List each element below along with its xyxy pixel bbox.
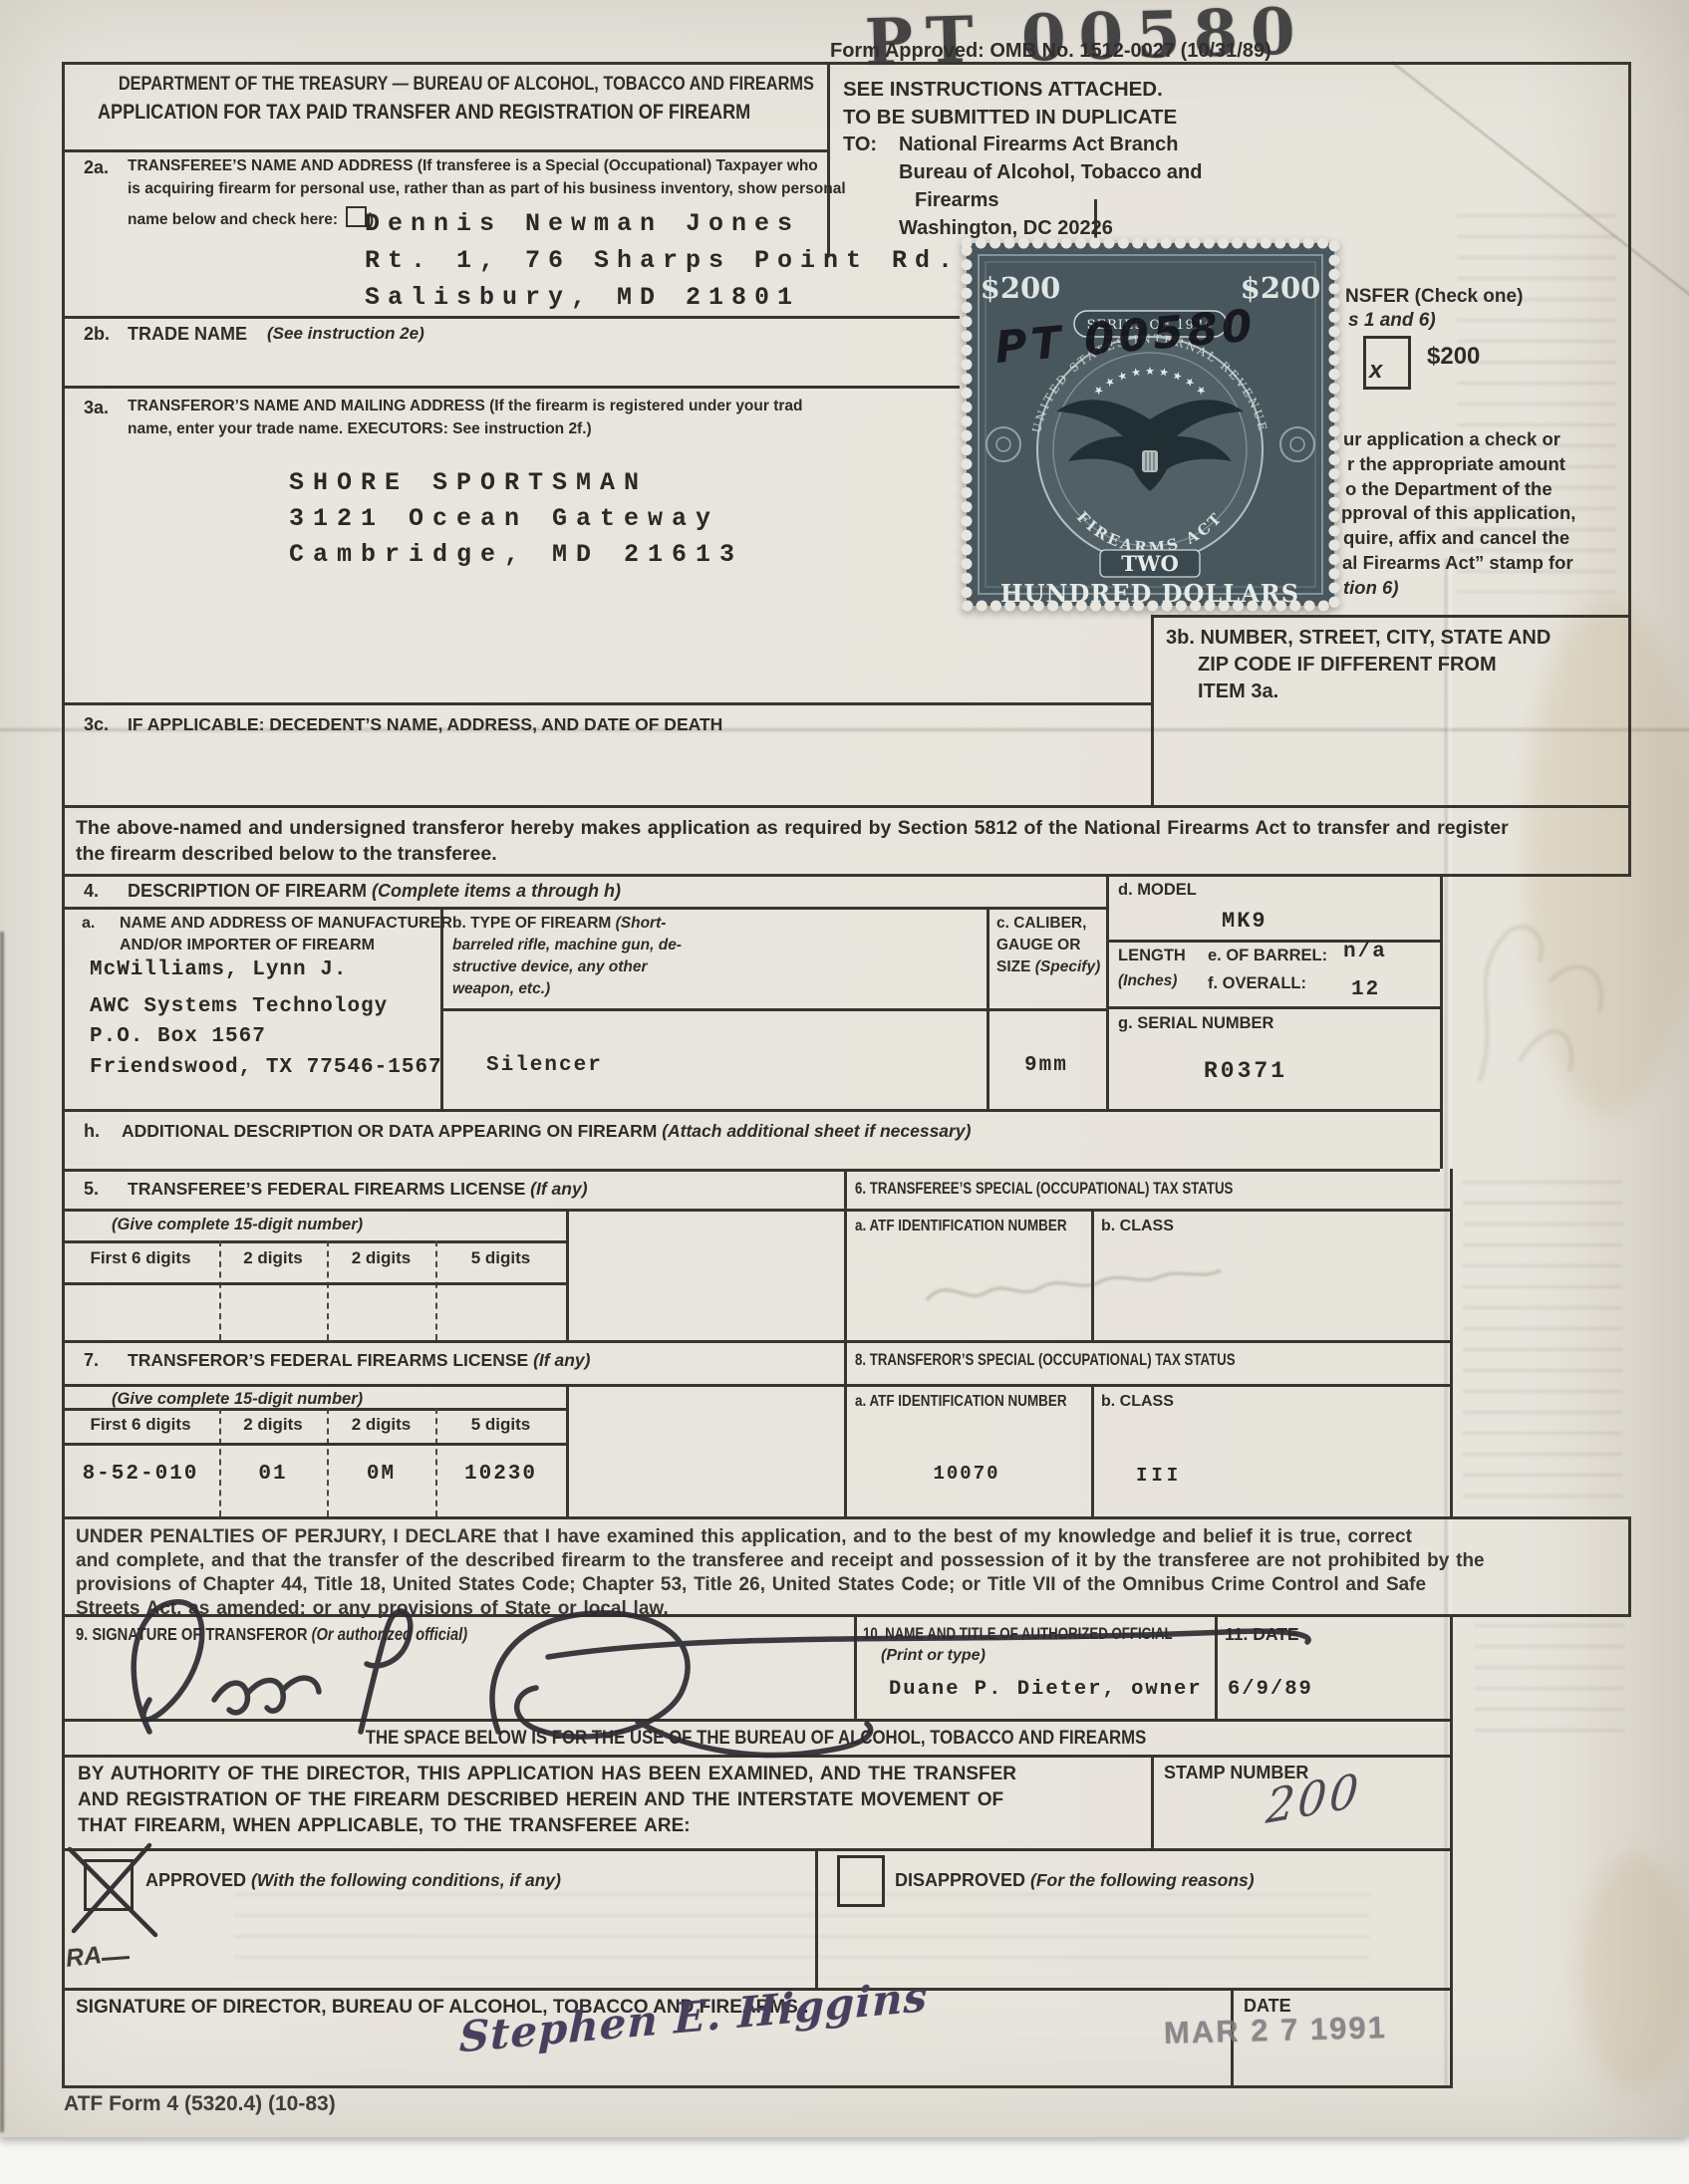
model-value: MK9 [1222, 909, 1267, 934]
disapproved-checkbox [837, 1855, 885, 1907]
item-4c-label: c. CALIBER, [996, 915, 1086, 933]
margin-mark-dash [102, 1956, 130, 1961]
form-id-footer: ATF Form 4 (5320.4) (10-83) [64, 2092, 336, 2117]
length-inches-label: (Inches) [1118, 972, 1177, 990]
item-5-sublabel: (Give complete 15-digit number) [112, 1216, 363, 1234]
caliber-value: 9mm [1024, 1054, 1068, 1077]
license-col-header: First 6 digits [62, 1248, 219, 1268]
bleedthrough-handwriting-ghost [922, 1260, 1241, 1330]
bleedthrough-ghost [1475, 1624, 1624, 1734]
disapproved-label: DISAPPROVED (For the following reasons) [895, 1870, 1255, 1891]
received-date-stamp: MAR 2 7 1991 [1164, 2010, 1388, 2051]
rule [62, 805, 1631, 808]
stamp-denomination-left: $200 [981, 271, 1061, 305]
item-3c-label: IF APPLICABLE: DECEDENT’S NAME, ADDRESS,… [128, 714, 722, 735]
nfa-200-dollar-tax-stamp: $200 $200 SERIES OF 1934 UNITED STATES I… [959, 235, 1343, 616]
instructions-addr1: National Firearms Act Branch [899, 134, 1178, 157]
item-2a-number: 2a. [84, 157, 109, 178]
rule [62, 1340, 1450, 1343]
item-3b-label: ITEM 3a. [1198, 681, 1278, 704]
rule [62, 1443, 566, 1446]
authority-text: AND REGISTRATION OF THE FIREARM DESCRIBE… [78, 1789, 1003, 1811]
transferor-address: 3121 Ocean Gateway [289, 504, 719, 533]
payment-note-fragment: o the Department of the [1345, 478, 1552, 500]
item-7-sublabel: (Give complete 15-digit number) [112, 1390, 363, 1409]
item-3c-number: 3c. [84, 714, 109, 735]
overall-length-value: 12 [1351, 978, 1380, 1001]
bleedthrough-handwriting-ghost [1460, 902, 1624, 1101]
item-2a-label: is acquiring firearm for personal use, r… [128, 180, 846, 198]
scan-edge-left [0, 932, 4, 2132]
item-4g-label: g. SERIAL NUMBER [1118, 1014, 1273, 1033]
rule [1106, 874, 1109, 1109]
transfer-fee-amount: $200 [1427, 343, 1480, 371]
transferee-city-state-zip: Salisbury, MD 21801 [365, 283, 800, 312]
rule [62, 1848, 1450, 1851]
rule [62, 1209, 1450, 1212]
approved-x-mark [58, 1835, 173, 1947]
class-value: III [1136, 1465, 1182, 1487]
rule [62, 386, 960, 389]
scanned-atf-form-4: Form Approved: OMB No. 1512-0027 (10/31/… [0, 0, 1689, 2184]
rule [62, 1109, 1440, 1112]
rule [1628, 62, 1631, 874]
personal-use-checkbox [346, 206, 367, 227]
rule [815, 1848, 818, 1988]
stamp-dollars-text: HUNDRED DOLLARS [1000, 579, 1299, 608]
rule [62, 1240, 566, 1243]
ffl-first6: 8-52-010 [62, 1463, 219, 1486]
declaration-text: the firearm described below to the trans… [76, 843, 497, 866]
bleedthrough-ghost [234, 1893, 1370, 1978]
firearm-type-value: Silencer [486, 1054, 603, 1077]
rule [62, 702, 1151, 705]
transferor-signature [80, 1582, 1355, 1776]
atf-id-value: 10070 [867, 1463, 1066, 1485]
instructions-addr2: Bureau of Alcohol, Tobacco and [899, 161, 1202, 185]
payment-note-fragment: r the appropriate amount [1347, 453, 1565, 475]
item-4b-label: b. TYPE OF FIREARM (Short- [452, 915, 666, 933]
rule [1450, 1614, 1453, 2085]
control-number-stamp: PT 00580 [864, 0, 1309, 81]
license-col-header: First 6 digits [62, 1415, 219, 1435]
item-2b-label-note: (See instruction 2e) [267, 324, 424, 344]
item-4c-label: GAUGE OR [996, 937, 1080, 955]
ffl-2digits-1: 01 [219, 1463, 327, 1486]
item-4c-label: SIZE (Specify) [996, 958, 1100, 976]
item-5-label: TRANSFEREE’S FEDERAL FIREARMS LICENSE (I… [128, 1179, 588, 1200]
item-4a-label: AND/OR IMPORTER OF FIREARM [120, 937, 375, 955]
length-label: LENGTH [1118, 947, 1186, 965]
rule [62, 874, 1631, 877]
item-8a-label: a. ATF IDENTIFICATION NUMBER [855, 1393, 1107, 1412]
rule [62, 62, 1631, 65]
item-4d-label: d. MODEL [1118, 881, 1197, 900]
item-4h-label: ADDITIONAL DESCRIPTION OR DATA APPEARING… [122, 1121, 971, 1142]
item-8b-label: b. CLASS [1101, 1393, 1174, 1412]
rule [62, 907, 1106, 910]
barrel-length-value: n/a [1343, 941, 1387, 963]
rule [62, 2085, 1453, 2088]
ffl-5digits: 10230 [435, 1463, 566, 1486]
item-4h-number: h. [84, 1121, 100, 1142]
license-col-header: 2 digits [327, 1248, 435, 1268]
rule [1106, 1006, 1440, 1009]
perjury-text: UNDER PENALTIES OF PERJURY, I DECLARE th… [76, 1526, 1412, 1548]
stamp-two-text: TWO [1121, 551, 1179, 576]
rule [1106, 940, 1440, 943]
item-3b-label: 3b. NUMBER, STREET, CITY, STATE AND [1166, 627, 1550, 651]
item-4e-label: e. OF BARREL: [1208, 947, 1327, 965]
rule [1628, 1516, 1631, 1614]
rule [62, 1384, 1450, 1387]
license-col-header: 5 digits [435, 1415, 566, 1435]
item-6b-label: b. CLASS [1101, 1218, 1174, 1236]
item-3a-label: TRANSFEROR’S NAME AND MAILING ADDRESS (I… [128, 398, 803, 415]
instructions-to-label: TO: [843, 134, 877, 157]
rule [62, 316, 960, 319]
item-3a-label: name, enter your trade name. EXECUTORS: … [128, 420, 592, 438]
item-4b-label: weapon, etc.) [452, 980, 550, 998]
instructions-addr3: Firearms [915, 189, 999, 213]
manufacturer-company: AWC Systems Technology [90, 995, 388, 1018]
payment-note-fragment: pproval of this application, [1341, 502, 1575, 524]
director-signature: Stephen E. Higgins [458, 1972, 928, 2062]
rule [440, 1008, 1106, 1011]
instructions-line1: SEE INSTRUCTIONS ATTACHED. [843, 78, 1163, 102]
license-col-header: 2 digits [327, 1415, 435, 1435]
item-4f-label: f. OVERALL: [1208, 974, 1306, 993]
serial-number-value: R0371 [1204, 1058, 1287, 1084]
item-4a-label: NAME AND ADDRESS OF MANUFACTURER [120, 915, 452, 934]
stain-bottom-right [1582, 1853, 1689, 2092]
item-2b-label: TRADE NAME [128, 324, 247, 345]
ffl-2digits-2: 0M [327, 1463, 435, 1486]
item-4-number: 4. [84, 881, 99, 902]
item-7-label: TRANSFEROR’S FEDERAL FIREARMS LICENSE (I… [128, 1350, 590, 1371]
rule [62, 1282, 566, 1285]
license-col-header: 2 digits [219, 1415, 327, 1435]
perjury-text: and complete, and that the transfer of t… [76, 1550, 1485, 1572]
approved-label: APPROVED (With the following conditions,… [145, 1870, 561, 1891]
rule [62, 1516, 1631, 1519]
form-title: APPLICATION FOR TAX PAID TRANSFER AND RE… [98, 100, 875, 125]
transferee-address: Rt. 1, 76 Sharps Point Rd. [365, 246, 961, 275]
paper-sheet: Form Approved: OMB No. 1512-0027 (10/31/… [0, 0, 1689, 2137]
item-4b-label: structive device, any other [452, 958, 648, 976]
item-2b-number: 2b. [84, 324, 110, 345]
item-2a-label: name below and check here:) [128, 203, 374, 229]
item-4b-label: barreled rifle, machine gun, de- [452, 937, 682, 955]
rule [62, 62, 65, 2085]
item-6a-label: a. ATF IDENTIFICATION NUMBER [855, 1218, 1107, 1236]
payment-note-fragment: al Firearms Act” stamp for [1342, 552, 1573, 574]
item-8-label: 8. TRANSFEROR’S SPECIAL (OCCUPATIONAL) T… [855, 1350, 1342, 1370]
rule [62, 1169, 1440, 1172]
license-col-header: 2 digits [219, 1248, 327, 1268]
payment-note-fragment: ur application a check or [1343, 428, 1560, 450]
transferee-name: Dennis Newman Jones [365, 209, 800, 238]
transferor-city-state-zip: Cambridge, MD 21613 [289, 540, 743, 569]
payment-note-fragment: tion 6) [1343, 577, 1399, 599]
item-7-number: 7. [84, 1350, 99, 1371]
transfer-fee-checkbox-mark: x [1369, 357, 1382, 385]
item-4-label: DESCRIPTION OF FIREARM (Complete items a… [128, 881, 621, 902]
item-2a-label: TRANSFEREE’S NAME AND ADDRESS (If transf… [128, 157, 818, 175]
rule [62, 149, 830, 152]
item-3b-label: ZIP CODE IF DIFFERENT FROM [1198, 654, 1497, 678]
license-col-header: 5 digits [435, 1248, 566, 1268]
type-of-transfer-label-fragment2: s 1 and 6) [1348, 310, 1436, 332]
item-3a-number: 3a. [84, 398, 109, 418]
item-6-label: 6. TRANSFEREE’S SPECIAL (OCCUPATIONAL) T… [855, 1179, 1339, 1199]
rule [566, 1209, 569, 1340]
rule [1450, 1169, 1453, 1516]
rule [1151, 615, 1154, 805]
payment-note-fragment: quire, affix and cancel the [1343, 527, 1569, 549]
transferor-name: SHORE SPORTSMAN [289, 468, 648, 497]
declaration-text: The above-named and undersigned transfer… [76, 817, 1509, 840]
manufacturer-name: McWilliams, Lynn J. [90, 958, 347, 981]
rule [1440, 874, 1443, 1169]
instructions-line2: TO BE SUBMITTED IN DUPLICATE [843, 106, 1177, 130]
rule [827, 62, 830, 257]
item-5-number: 5. [84, 1179, 99, 1200]
agency-line: DEPARTMENT OF THE TREASURY — BUREAU OF A… [62, 74, 827, 96]
manufacturer-po-box: P.O. Box 1567 [90, 1025, 266, 1048]
bleedthrough-ghost [1463, 1181, 1622, 1500]
item-4a-number: a. [82, 915, 95, 934]
rule [566, 1384, 569, 1516]
type-of-transfer-label-fragment: NSFER (Check one) [1345, 286, 1523, 308]
manufacturer-city-state-zip: Friendswood, TX 77546-1567 [90, 1056, 442, 1079]
